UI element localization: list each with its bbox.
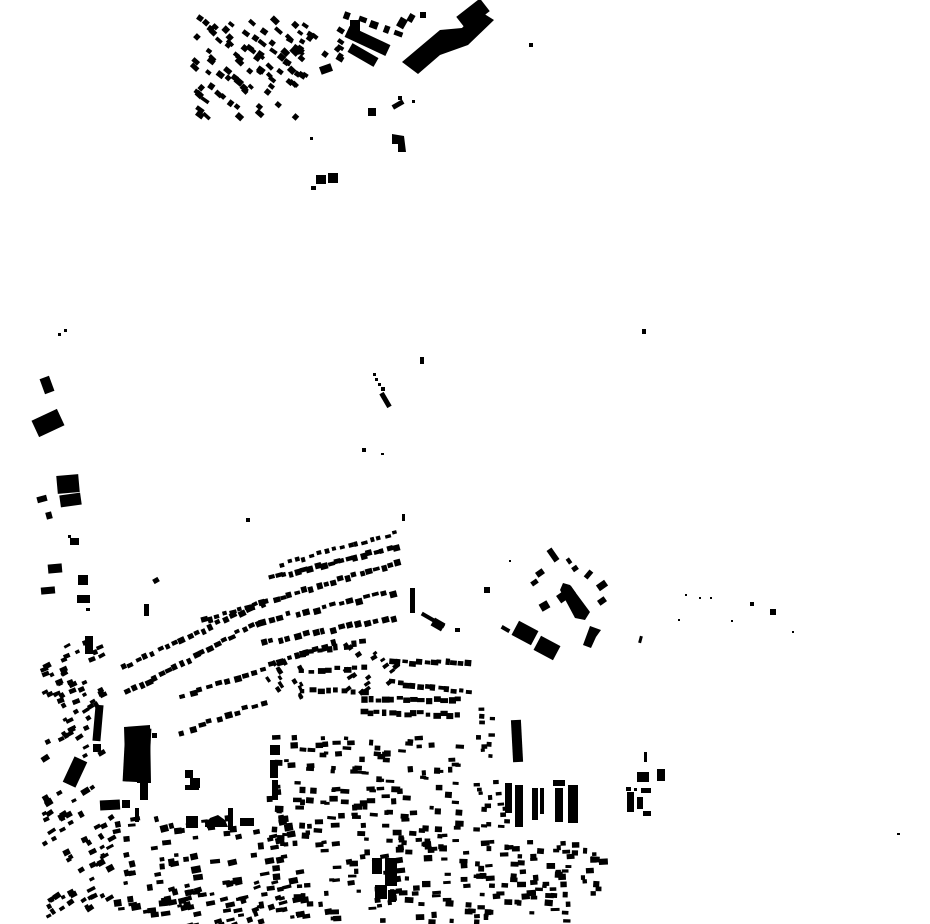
building: [436, 659, 441, 663]
building: [77, 810, 84, 818]
building: [750, 602, 754, 606]
building: [71, 798, 77, 803]
building: [193, 630, 200, 636]
building: [193, 836, 199, 840]
building: [331, 917, 338, 921]
building: [42, 840, 48, 846]
building: [321, 50, 329, 58]
building: [99, 845, 105, 850]
building: [183, 856, 189, 861]
building: [274, 26, 283, 35]
building: [434, 696, 441, 702]
building: [108, 814, 115, 821]
building: [282, 884, 292, 889]
building: [246, 67, 253, 74]
building: [340, 789, 349, 794]
building: [530, 578, 539, 586]
building: [363, 594, 371, 599]
building: [224, 678, 231, 685]
building: [422, 770, 426, 776]
building: [459, 688, 464, 692]
building: [307, 763, 315, 768]
building: [307, 586, 314, 593]
building: [193, 911, 202, 917]
building: [478, 791, 482, 794]
building: [362, 771, 369, 775]
building: [310, 687, 317, 692]
building: [369, 696, 374, 702]
building: [158, 670, 166, 677]
building: [390, 616, 397, 623]
building: [425, 660, 431, 664]
building: [473, 827, 480, 831]
building: [637, 772, 649, 782]
building: [403, 682, 410, 688]
building: [205, 645, 214, 653]
building: [405, 876, 409, 880]
building: [493, 893, 501, 899]
building: [357, 831, 365, 836]
building: [382, 794, 390, 798]
building: [304, 883, 311, 888]
building: [449, 919, 453, 923]
building: [477, 788, 482, 792]
building: [792, 631, 794, 633]
building: [355, 651, 362, 658]
building: [445, 792, 452, 799]
building: [480, 893, 485, 897]
building: [233, 908, 242, 914]
building: [77, 866, 85, 873]
building: [320, 753, 327, 758]
building: [486, 742, 491, 747]
building: [51, 836, 57, 842]
building: [267, 796, 273, 802]
building: [453, 782, 459, 785]
building: [539, 600, 551, 611]
building: [382, 662, 389, 669]
building: [335, 751, 342, 757]
building: [187, 633, 194, 640]
building: [442, 834, 448, 838]
building: [479, 720, 485, 724]
building: [96, 644, 104, 650]
building: [517, 900, 522, 906]
building: [361, 823, 366, 828]
building: [555, 788, 563, 822]
building: [553, 849, 559, 853]
building: [352, 805, 357, 811]
building: [213, 640, 222, 648]
building: [350, 571, 356, 577]
building: [431, 912, 437, 918]
building: [398, 749, 406, 753]
building: [535, 568, 545, 578]
building: [391, 798, 396, 804]
building: [413, 885, 420, 891]
building: [409, 661, 416, 667]
building: [152, 733, 157, 738]
building: [376, 535, 381, 540]
building: [273, 873, 281, 880]
building: [551, 893, 558, 898]
building: [144, 604, 149, 616]
building: [200, 616, 208, 623]
building: [498, 803, 505, 806]
building: [434, 767, 440, 773]
building: [268, 638, 274, 644]
building: [510, 877, 518, 882]
building: [306, 830, 311, 835]
building: [502, 806, 509, 811]
building: [82, 692, 87, 697]
building: [566, 557, 573, 564]
building: [267, 903, 275, 910]
building: [227, 859, 237, 867]
building: [432, 891, 441, 895]
building: [379, 392, 391, 408]
building: [56, 474, 79, 494]
building: [350, 20, 360, 32]
building: [450, 689, 456, 694]
building: [479, 714, 485, 719]
building: [500, 852, 509, 856]
building: [316, 175, 326, 184]
building: [343, 746, 352, 750]
building: [287, 559, 292, 564]
building: [268, 617, 275, 624]
building: [383, 25, 391, 34]
building: [299, 787, 305, 793]
building: [426, 698, 432, 704]
building: [286, 823, 293, 827]
building: [571, 565, 579, 573]
building: [265, 676, 271, 683]
building: [384, 750, 391, 756]
building: [225, 74, 232, 81]
building: [731, 620, 733, 622]
building: [377, 904, 382, 908]
building: [261, 700, 268, 706]
building: [347, 740, 355, 745]
building: [105, 894, 114, 902]
building: [63, 756, 88, 787]
building: [402, 659, 408, 663]
building: [562, 911, 569, 915]
building: [265, 62, 273, 70]
building: [597, 596, 607, 606]
building: [393, 559, 401, 567]
building: [123, 836, 130, 842]
building: [271, 880, 278, 885]
building: [140, 760, 148, 800]
building: [378, 383, 381, 386]
building: [280, 595, 287, 600]
building: [253, 829, 260, 835]
building: [540, 788, 544, 814]
building: [191, 865, 202, 874]
building: [396, 867, 405, 873]
building: [154, 872, 161, 877]
building: [566, 901, 571, 907]
building: [591, 891, 596, 896]
building: [450, 660, 457, 665]
building: [329, 627, 337, 635]
building: [387, 562, 394, 568]
building: [417, 684, 424, 690]
building: [402, 10, 494, 74]
building: [210, 859, 220, 864]
building: [164, 667, 172, 674]
building: [354, 620, 362, 628]
building: [572, 842, 579, 848]
building: [66, 898, 74, 906]
building: [321, 736, 325, 740]
building: [410, 810, 417, 815]
building: [370, 813, 378, 817]
building: [331, 823, 340, 828]
building: [385, 534, 392, 539]
building: [227, 99, 235, 107]
building: [415, 838, 422, 842]
building: [309, 554, 315, 559]
building: [485, 864, 493, 868]
building: [527, 840, 533, 844]
building: [346, 859, 353, 865]
building: [207, 616, 213, 623]
building: [301, 22, 309, 29]
building: [393, 830, 402, 836]
building: [381, 616, 390, 624]
building: [364, 680, 371, 686]
building: [85, 636, 93, 654]
building: [70, 538, 79, 545]
building: [270, 845, 279, 851]
building: [350, 769, 357, 773]
building: [382, 709, 386, 716]
building: [493, 780, 499, 784]
building: [309, 670, 315, 674]
building: [112, 828, 121, 834]
building: [489, 883, 495, 888]
building: [479, 866, 484, 871]
building: [235, 834, 242, 840]
building: [329, 601, 336, 607]
building: [312, 629, 320, 637]
building: [583, 848, 587, 854]
building: [466, 690, 472, 694]
building: [417, 710, 424, 714]
building: [261, 638, 268, 645]
building: [641, 788, 651, 793]
building: [428, 742, 434, 747]
building: [555, 871, 563, 878]
building: [152, 577, 160, 584]
building: [352, 815, 361, 819]
building: [563, 892, 568, 898]
building: [168, 823, 174, 830]
building: [105, 864, 114, 873]
building: [409, 683, 415, 689]
building: [348, 542, 354, 548]
building: [268, 39, 276, 47]
building: [529, 43, 533, 47]
building: [331, 766, 336, 770]
building: [126, 662, 133, 669]
building: [278, 815, 289, 823]
building: [385, 858, 397, 886]
building: [47, 828, 56, 836]
building: [77, 595, 90, 603]
building: [455, 712, 460, 717]
building: [351, 689, 356, 694]
building: [270, 745, 280, 755]
building: [521, 893, 530, 900]
building: [65, 717, 74, 724]
building: [171, 640, 178, 646]
building: [264, 88, 272, 96]
building: [59, 827, 66, 833]
building: [272, 735, 281, 740]
building: [272, 865, 280, 872]
building: [357, 890, 361, 893]
building: [75, 733, 84, 741]
building: [444, 686, 450, 692]
building: [310, 788, 317, 794]
building: [407, 766, 413, 772]
building: [380, 590, 387, 596]
building: [518, 854, 523, 858]
building: [290, 915, 295, 919]
building: [123, 881, 128, 885]
building: [317, 648, 323, 652]
building: [210, 892, 215, 896]
building: [520, 869, 527, 874]
building: [381, 565, 388, 572]
building: [396, 17, 408, 30]
building: [93, 823, 101, 829]
building: [295, 556, 301, 561]
building: [293, 798, 302, 803]
building: [72, 698, 81, 705]
building: [393, 30, 403, 38]
building: [334, 666, 340, 670]
building: [315, 819, 323, 824]
building: [45, 511, 53, 519]
building: [322, 741, 328, 747]
building: [484, 913, 489, 916]
building: [375, 885, 387, 899]
building: [373, 373, 376, 376]
building: [73, 709, 79, 715]
building: [456, 744, 465, 749]
building: [253, 885, 261, 890]
building: [316, 582, 323, 590]
building: [372, 858, 382, 874]
building: [565, 865, 571, 868]
building: [338, 623, 346, 630]
building: [339, 545, 345, 550]
building: [281, 854, 288, 859]
building: [710, 597, 712, 599]
building: [326, 688, 331, 694]
building: [392, 544, 400, 552]
building: [61, 702, 67, 708]
building: [75, 649, 80, 654]
building: [547, 863, 556, 869]
building: [159, 863, 165, 869]
building: [159, 857, 164, 862]
building: [295, 806, 304, 810]
building: [226, 917, 235, 922]
building: [206, 623, 213, 631]
building: [637, 797, 643, 809]
building: [248, 19, 256, 27]
building: [685, 594, 687, 596]
building: [287, 655, 292, 660]
building: [397, 696, 403, 700]
building: [294, 632, 303, 640]
building: [64, 329, 67, 332]
building: [41, 586, 56, 594]
building: [198, 722, 206, 728]
building: [222, 616, 230, 624]
building: [396, 888, 403, 894]
building: [476, 735, 481, 740]
building: [341, 799, 349, 804]
building: [251, 853, 258, 858]
building: [324, 548, 330, 554]
building: [412, 891, 419, 896]
building: [410, 710, 416, 716]
building: [347, 880, 355, 886]
building: [276, 810, 282, 814]
building: [215, 37, 223, 45]
building: [452, 763, 459, 767]
building: [310, 137, 313, 140]
building: [336, 575, 343, 582]
building: [179, 694, 185, 699]
building: [567, 854, 575, 859]
building: [193, 33, 201, 41]
building: [479, 873, 486, 878]
building: [414, 736, 423, 741]
building: [897, 833, 900, 835]
building: [383, 758, 390, 763]
building: [488, 733, 494, 737]
building: [359, 639, 366, 644]
building: [626, 787, 631, 791]
building: [535, 887, 543, 891]
building: [86, 608, 90, 611]
building: [316, 550, 322, 555]
building: [537, 848, 544, 854]
building: [644, 752, 647, 762]
building: [439, 845, 447, 851]
building: [311, 186, 316, 190]
figure-ground-map: [0, 0, 930, 924]
building: [370, 537, 375, 543]
building: [294, 590, 300, 595]
building: [403, 697, 410, 702]
building: [563, 919, 570, 922]
building: [468, 908, 476, 913]
building: [374, 746, 380, 751]
building: [184, 883, 190, 888]
building: [657, 769, 665, 781]
building: [428, 849, 435, 853]
building: [435, 826, 442, 832]
